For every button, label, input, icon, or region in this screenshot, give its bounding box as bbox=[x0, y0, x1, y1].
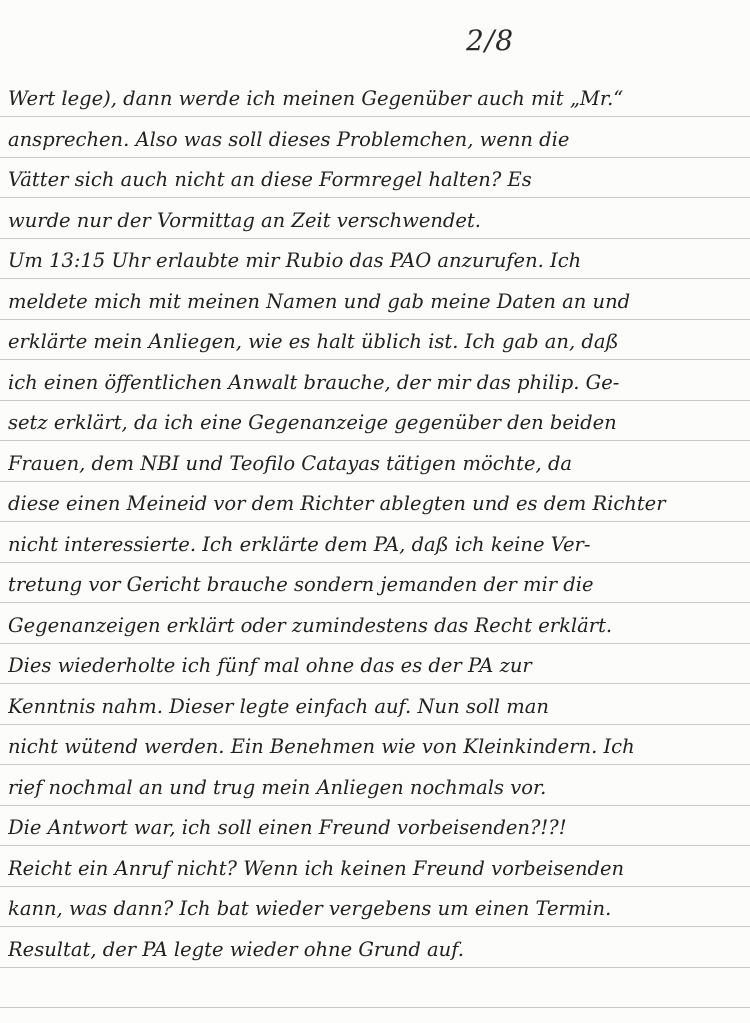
text-line: ansprechen. Also was soll dieses Problem… bbox=[8, 123, 748, 157]
ruled-line bbox=[0, 724, 750, 725]
ruled-line bbox=[0, 764, 750, 765]
text-line: Um 13:15 Uhr erlaubte mir Rubio das PAO … bbox=[8, 244, 748, 278]
ruled-line bbox=[0, 643, 750, 644]
text-line: Kenntnis nahm. Dieser legte einfach auf.… bbox=[8, 690, 748, 724]
text-line: nicht wütend werden. Ein Benehmen wie vo… bbox=[8, 730, 748, 764]
text-line: erklärte mein Anliegen, wie es halt übli… bbox=[8, 325, 748, 359]
text-line: Frauen, dem NBI und Teofilo Catayas täti… bbox=[8, 447, 748, 481]
ruled-line bbox=[0, 481, 750, 482]
text-line: nicht interessierte. Ich erklärte dem PA… bbox=[8, 528, 748, 562]
ruled-line bbox=[0, 845, 750, 846]
ruled-line bbox=[0, 602, 750, 603]
text-line: rief nochmal an und trug mein Anliegen n… bbox=[8, 771, 748, 805]
text-line: kann, was dann? Ich bat wieder vergebens… bbox=[8, 892, 748, 926]
text-line: meldete mich mit meinen Namen und gab me… bbox=[8, 285, 748, 319]
text-line: tretung vor Gericht brauche sondern jema… bbox=[8, 568, 748, 602]
text-line: Die Antwort war, ich soll einen Freund v… bbox=[8, 811, 748, 845]
ruled-line bbox=[0, 562, 750, 563]
text-line: setz erklärt, da ich eine Gegenanzeige g… bbox=[8, 406, 748, 440]
text-line: Vätter sich auch nicht an diese Formrege… bbox=[8, 163, 748, 197]
text-line: Gegenanzeigen erklärt oder zumindestens … bbox=[8, 609, 748, 643]
ruled-line bbox=[0, 359, 750, 360]
ruled-line bbox=[0, 1007, 750, 1008]
ruled-line bbox=[0, 319, 750, 320]
ruled-line bbox=[0, 278, 750, 279]
ruled-line bbox=[0, 440, 750, 441]
text-line: Dies wiederholte ich fünf mal ohne das e… bbox=[8, 649, 748, 683]
text-line: Wert lege), dann werde ich meinen Gegenü… bbox=[8, 82, 748, 116]
page-number: 2/8 bbox=[466, 24, 514, 57]
text-line: ich einen öffentlichen Anwalt brauche, d… bbox=[8, 366, 748, 400]
ruled-line bbox=[0, 400, 750, 401]
document-page: 2/8 Wert lege), dann werde ich meinen Ge… bbox=[0, 0, 750, 1023]
ruled-line bbox=[0, 197, 750, 198]
text-line: Reicht ein Anruf nicht? Wenn ich keinen … bbox=[8, 852, 748, 886]
ruled-line bbox=[0, 967, 750, 968]
text-line: wurde nur der Vormittag an Zeit verschwe… bbox=[8, 204, 748, 238]
ruled-line bbox=[0, 926, 750, 927]
ruled-line bbox=[0, 683, 750, 684]
ruled-line bbox=[0, 521, 750, 522]
text-line: Resultat, der PA legte wieder ohne Grund… bbox=[8, 933, 748, 967]
ruled-line bbox=[0, 116, 750, 117]
ruled-line bbox=[0, 238, 750, 239]
ruled-line bbox=[0, 805, 750, 806]
ruled-line bbox=[0, 157, 750, 158]
ruled-line bbox=[0, 886, 750, 887]
text-line: diese einen Meineid vor dem Richter able… bbox=[8, 487, 748, 521]
